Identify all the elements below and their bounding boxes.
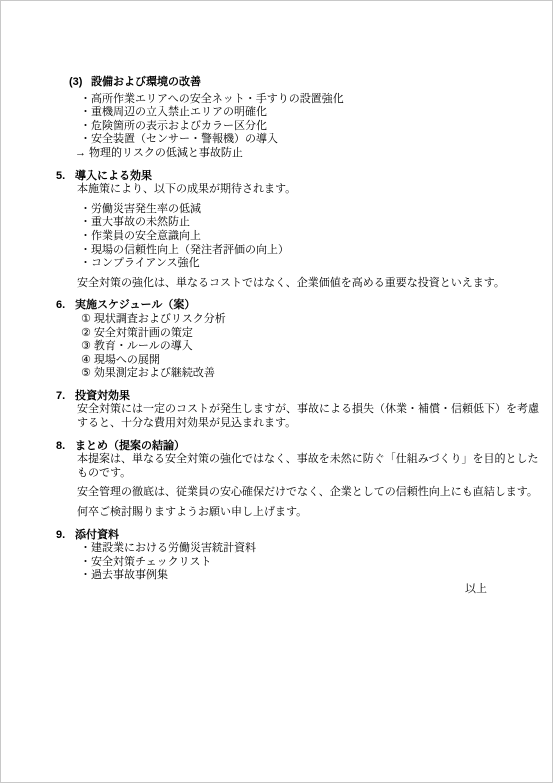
- section-outro: 安全対策の強化は、単なるコストではなく、企業価値を高める重要な投資といえます。: [77, 277, 532, 291]
- bullet-item: ・危険箇所の表示およびカラー区分化: [80, 120, 532, 134]
- bullet-item: ・重大事故の未然防止: [80, 216, 532, 230]
- section-effects: 5. 導入による効果 本施策により、以下の成果が期待されます。 ・労働災害発生率…: [56, 170, 532, 291]
- section-heading: (3) 設備および環境の改善: [69, 76, 532, 90]
- closing-mark: 以上: [56, 583, 532, 597]
- section-number: (3): [69, 76, 91, 90]
- paragraph: 何卒ご検討賜りますようお願い申し上げます。: [77, 506, 532, 520]
- section-number: 8.: [56, 440, 75, 454]
- section-attachments: 9. 添付資料 ・建設業における労働災害統計資料 ・安全対策チェックリスト ・過…: [56, 529, 532, 583]
- step-item: ③ 教育・ルールの導入: [81, 340, 532, 354]
- bullet-item: ・コンプライアンス強化: [80, 257, 532, 271]
- bullet-list: ・労働災害発生率の低減 ・重大事故の未然防止 ・作業員の安全意識向上 ・現場の信…: [80, 203, 532, 271]
- bullet-item: ・安全対策チェックリスト: [80, 556, 532, 570]
- document-page: (3) 設備および環境の改善 ・高所作業エリアへの安全ネット・手すりの設置強化 …: [0, 0, 553, 783]
- section-number: 5.: [56, 170, 75, 184]
- document-content: (3) 設備および環境の改善 ・高所作業エリアへの安全ネット・手すりの設置強化 …: [56, 76, 532, 597]
- paragraph-line: 本提案は、単なる安全対策の強化ではなく、事故を未然に防ぐ「仕組みづくり」を目的と…: [77, 453, 532, 467]
- bullet-item: ・安全装置（センサー・警報機）の導入: [80, 133, 532, 147]
- section-title: 導入による効果: [75, 170, 152, 184]
- section-summary: 8. まとめ（提案の結論） 本提案は、単なる安全対策の強化ではなく、事故を未然に…: [56, 440, 532, 520]
- bullet-item: ・過去事故事例集: [80, 569, 532, 583]
- section-cost-effectiveness: 7. 投資対効果 安全対策には一定のコストが発生しますが、事故による損失（休業・…: [56, 390, 532, 431]
- section-number: 9.: [56, 529, 75, 543]
- bullet-list: ・建設業における労働災害統計資料 ・安全対策チェックリスト ・過去事故事例集: [80, 542, 532, 583]
- step-item: ① 現状調査およびリスク分析: [81, 313, 532, 327]
- paragraph-line: ものです。: [77, 467, 532, 481]
- bullet-item: ・作業員の安全意識向上: [80, 230, 532, 244]
- section-title: 実施スケジュール（案）: [75, 299, 195, 313]
- bullet-item: ・高所作業エリアへの安全ネット・手すりの設置強化: [80, 93, 532, 107]
- bullet-item: ・労働災害発生率の低減: [80, 203, 532, 217]
- step-item: ④ 現場への展開: [81, 354, 532, 368]
- bullet-item: ・建設業における労働災害統計資料: [80, 542, 532, 556]
- section-title: 添付資料: [75, 529, 119, 543]
- section-title: 投資対効果: [75, 390, 130, 404]
- section-heading: 5. 導入による効果: [56, 170, 532, 184]
- bullet-item: ・現場の信頼性向上（発注者評価の向上）: [80, 244, 532, 258]
- step-item: ⑤ 効果測定および継続改善: [81, 367, 532, 381]
- bullet-list: ・高所作業エリアへの安全ネット・手すりの設置強化 ・重機周辺の立入禁止エリアの明…: [80, 93, 532, 147]
- section-number: 6.: [56, 299, 75, 313]
- paragraph-line: すると、十分な費用対効果が見込まれます。: [77, 417, 532, 431]
- section-heading: 6. 実施スケジュール（案）: [56, 299, 532, 313]
- section-number: 7.: [56, 390, 75, 404]
- step-list: ① 現状調査およびリスク分析 ② 安全対策計画の策定 ③ 教育・ルールの導入 ④…: [81, 313, 532, 381]
- section-heading: 8. まとめ（提案の結論）: [56, 440, 532, 454]
- section-heading: 9. 添付資料: [56, 529, 532, 543]
- paragraph: 安全管理の徹底は、従業員の安心確保だけでなく、企業としての信頼性向上にも直結しま…: [77, 486, 532, 500]
- step-item: ② 安全対策計画の策定: [81, 327, 532, 341]
- section-title: 設備および環境の改善: [91, 76, 201, 90]
- paragraph: 本提案は、単なる安全対策の強化ではなく、事故を未然に防ぐ「仕組みづくり」を目的と…: [77, 453, 532, 480]
- section-schedule: 6. 実施スケジュール（案） ① 現状調査およびリスク分析 ② 安全対策計画の策…: [56, 299, 532, 381]
- paragraph: 安全対策には一定のコストが発生しますが、事故による損失（休業・補償・信頼低下）を…: [77, 403, 532, 430]
- section-equipment-environment: (3) 設備および環境の改善 ・高所作業エリアへの安全ネット・手すりの設置強化 …: [56, 76, 532, 161]
- arrow-conclusion-line: → 物理的リスクの低減と事故防止: [75, 147, 532, 161]
- section-intro: 本施策により、以下の成果が期待されます。: [77, 183, 532, 197]
- section-title: まとめ（提案の結論）: [75, 440, 185, 454]
- bullet-item: ・重機周辺の立入禁止エリアの明確化: [80, 106, 532, 120]
- section-heading: 7. 投資対効果: [56, 390, 532, 404]
- paragraph-line: 安全対策には一定のコストが発生しますが、事故による損失（休業・補償・信頼低下）を…: [77, 403, 532, 417]
